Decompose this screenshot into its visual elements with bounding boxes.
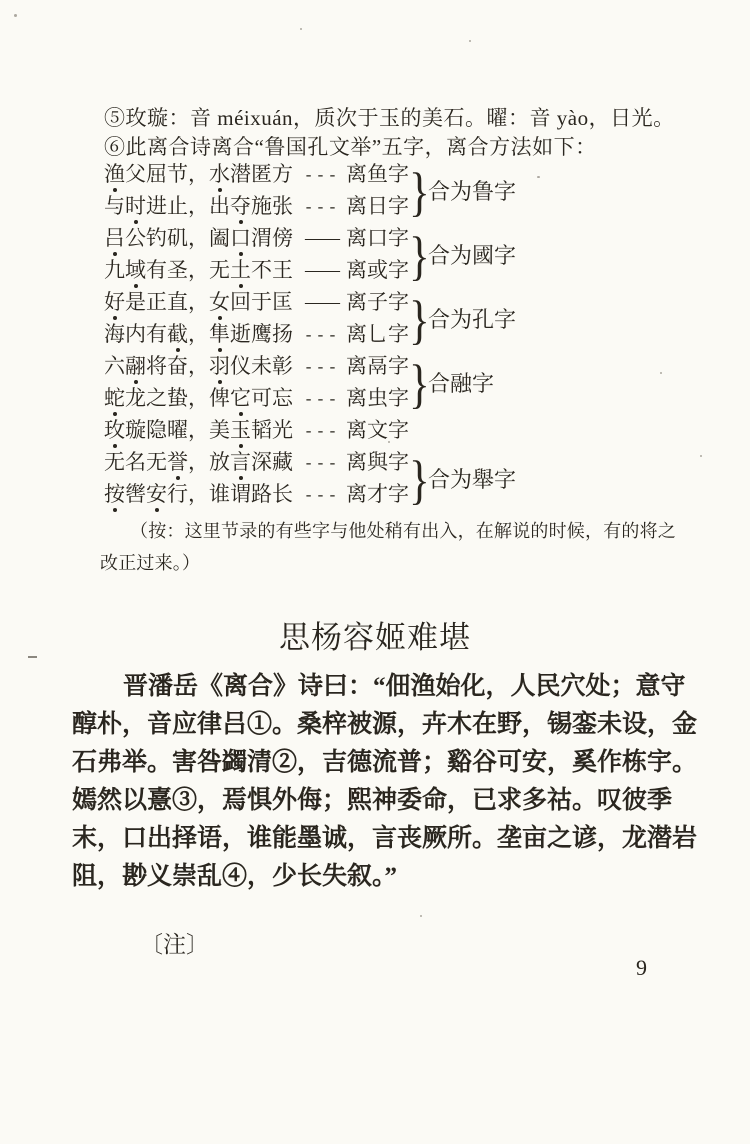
- emphasized-char: 口: [230, 225, 251, 252]
- dash-connector: - - -: [298, 385, 344, 412]
- char: 长: [272, 481, 293, 508]
- group-brace: }: [409, 351, 425, 417]
- emphasized-char: 吕: [104, 225, 125, 252]
- footnote-6: ⑥此离合诗离合“鲁国孔文举”五字，离合方法如下：: [104, 131, 597, 161]
- char: 圣: [167, 257, 188, 284]
- char: 无: [209, 257, 230, 284]
- char: 方: [272, 161, 293, 188]
- emphasized-char: 誉: [167, 449, 188, 476]
- scan-speck: [469, 40, 471, 42]
- emphasized-char: 隼: [209, 321, 230, 348]
- char: 之: [146, 385, 167, 412]
- char: 名: [125, 449, 146, 476]
- emphasized-char: 安: [146, 481, 167, 508]
- dash-connector: - - -: [298, 321, 344, 348]
- char: 奋: [167, 353, 188, 380]
- emphasized-char: 玉: [230, 417, 251, 444]
- page-number: 9: [636, 955, 647, 981]
- split-character-label: 离虫字: [346, 385, 409, 412]
- char: 忘: [272, 385, 293, 412]
- emphasized-char: 好: [104, 289, 125, 316]
- char: ，: [188, 353, 209, 380]
- scan-speck: [14, 14, 17, 17]
- paragraph-line: 嫣然以憙③，焉惧外侮；熙神委命，已求多祜。叹彼季: [72, 782, 712, 820]
- emphasized-char: 夺: [230, 193, 251, 220]
- char: ，: [188, 257, 209, 284]
- emphasized-char: 截: [167, 321, 188, 348]
- verse-text: 九域有圣，无土不王: [104, 257, 293, 284]
- dash-connector: - - -: [298, 353, 344, 380]
- emphasized-char: 翮: [125, 353, 146, 380]
- scan-scratch: [28, 656, 37, 658]
- split-character-label: 离鱼字: [346, 161, 409, 188]
- char: 矶: [167, 225, 188, 252]
- emphasized-char: 土: [230, 257, 251, 284]
- group-brace: }: [409, 159, 425, 225]
- paragraph-line: 石弗举。害咎蠲清②，吉德流普；谿谷可安，奚作栋宇。: [72, 744, 712, 782]
- paragraph-line: 晋潘岳《离合》诗曰：“佃渔始化，人民穴处；意守: [72, 668, 712, 706]
- char: 潜: [230, 161, 251, 188]
- char: 不: [251, 257, 272, 284]
- dash-connector: ——: [298, 225, 344, 252]
- emphasized-char: 它: [230, 385, 251, 412]
- char: ，: [188, 225, 209, 252]
- char: 出: [209, 193, 230, 220]
- dash-connector: - - -: [298, 449, 344, 476]
- scan-speck: [643, 527, 645, 529]
- footnote-5: ⑤玫璇：音 méixuán，质次于玉的美石。曜：音 yào，日光。: [104, 102, 675, 132]
- char: 璇: [125, 417, 146, 444]
- char: 止: [167, 193, 188, 220]
- combined-character-label: 合为國字: [428, 243, 516, 269]
- char: 美: [209, 417, 230, 444]
- char: 仪: [230, 353, 251, 380]
- combined-character-label: 合融字: [428, 371, 494, 397]
- emphasized-char: 域: [125, 257, 146, 284]
- char: 直: [167, 289, 188, 316]
- editor-note-line1: （按：这里节录的有些字与他处稍有出入，在解说的时候，有的将之: [130, 517, 676, 543]
- dash-connector: ——: [298, 257, 344, 284]
- char: 有: [146, 257, 167, 284]
- char: 将: [146, 353, 167, 380]
- char: 逝: [230, 321, 251, 348]
- verse-block: 渔父屈节，水潜匿方- - -离鱼字与时进止，出夺施张- - -离日字吕公钓矶，阖…: [104, 161, 684, 521]
- book-page: ⑤玫璇：音 méixuán，质次于玉的美石。曜：音 yào，日光。 ⑥此离合诗离…: [0, 0, 750, 1144]
- char: 俾: [209, 385, 230, 412]
- char: 阖: [209, 225, 230, 252]
- paragraph-line: 末，口出择语，谁能墨诚，言丧厥所。垄亩之谚，龙潜岩: [72, 820, 712, 858]
- split-character-label: 离才字: [346, 481, 409, 508]
- char: 匡: [272, 289, 293, 316]
- char: 放: [209, 449, 230, 476]
- split-character-label: 离與字: [346, 449, 409, 476]
- emphasized-char: 蛇: [104, 385, 125, 412]
- char: ，: [188, 449, 209, 476]
- char: 正: [146, 289, 167, 316]
- dash-connector: - - -: [298, 417, 344, 444]
- combined-character-label: 合为鲁字: [428, 179, 516, 205]
- char: 父: [125, 161, 146, 188]
- char: 有: [146, 321, 167, 348]
- char: 蛰: [167, 385, 188, 412]
- emphasized-char: 按: [104, 481, 125, 508]
- verse-text: 无名无誉，放言深藏: [104, 449, 293, 476]
- char: 屈: [146, 161, 167, 188]
- verse-text: 吕公钓矶，阖口渭傍: [104, 225, 293, 252]
- char: 深: [251, 449, 272, 476]
- group-brace: }: [409, 447, 425, 513]
- char: 曜: [167, 417, 188, 444]
- scan-speck: [420, 915, 422, 917]
- char: 光: [272, 417, 293, 444]
- emphasized-char: 时: [125, 193, 146, 220]
- char: 于: [251, 289, 272, 316]
- paragraph-line: 阻，尠义崇乱④，少长失叙。”: [72, 858, 712, 896]
- char: 是: [125, 289, 146, 316]
- emphasized-char: 女: [209, 289, 230, 316]
- verse-text: 按辔安行，谁谓路长: [104, 481, 293, 508]
- char: 谓: [230, 481, 251, 508]
- split-character-label: 离口字: [346, 225, 409, 252]
- emphasized-char: 渔: [104, 161, 125, 188]
- scan-speck: [537, 176, 540, 178]
- char: 未: [251, 353, 272, 380]
- char: 傍: [272, 225, 293, 252]
- char: ，: [188, 385, 209, 412]
- split-character-label: 离子字: [346, 289, 409, 316]
- verse-text: 渔父屈节，水潜匿方: [104, 161, 293, 188]
- char: 韬: [251, 417, 272, 444]
- group-brace: }: [409, 223, 425, 289]
- char: 可: [251, 385, 272, 412]
- dash-connector: - - -: [298, 193, 344, 220]
- char: 行: [167, 481, 188, 508]
- char: 彰: [272, 353, 293, 380]
- char: 内: [125, 321, 146, 348]
- paragraph-line: 醇朴，音应律吕①。桑梓被源，卉木在野，锡銮未设，金: [72, 706, 712, 744]
- char: 无: [146, 449, 167, 476]
- char: 渭: [251, 225, 272, 252]
- scan-speck: [300, 28, 302, 30]
- split-character-label: 离鬲字: [346, 353, 409, 380]
- group-brace: }: [409, 287, 425, 353]
- combined-character-label: 合为舉字: [428, 467, 516, 493]
- char: ，: [188, 193, 209, 220]
- char: 与: [104, 193, 125, 220]
- char: 无: [104, 449, 125, 476]
- char: 王: [272, 257, 293, 284]
- char: 鹰: [251, 321, 272, 348]
- char: ，: [188, 417, 209, 444]
- char: 张: [272, 193, 293, 220]
- verse-text: 玫璇隐曜，美玉韬光: [104, 417, 293, 444]
- char: 龙: [125, 385, 146, 412]
- verse-text: 海内有截，隼逝鹰扬: [104, 321, 293, 348]
- char: 进: [146, 193, 167, 220]
- char: 六: [104, 353, 125, 380]
- verse-text: 六翮将奋，羽仪未彰: [104, 353, 293, 380]
- split-character-label: 离日字: [346, 193, 409, 220]
- emphasized-char: 玫: [104, 417, 125, 444]
- combined-character-label: 合为孔字: [428, 307, 516, 333]
- dash-connector: - - -: [298, 481, 344, 508]
- char: 回: [230, 289, 251, 316]
- char: 辔: [125, 481, 146, 508]
- char: 公: [125, 225, 146, 252]
- verse-text: 蛇龙之蛰，俾它可忘: [104, 385, 293, 412]
- char: 钓: [146, 225, 167, 252]
- notes-section-label: 〔注〕: [140, 926, 209, 959]
- dash-connector: ——: [298, 289, 344, 316]
- scan-speck: [660, 372, 662, 374]
- char: 藏: [272, 449, 293, 476]
- emphasized-char: 羽: [209, 353, 230, 380]
- char: ，: [188, 321, 209, 348]
- section-title: 思杨容姬难堪: [0, 612, 750, 657]
- dash-connector: - - -: [298, 161, 344, 188]
- char: 谁: [209, 481, 230, 508]
- char: 海: [104, 321, 125, 348]
- char: 节: [167, 161, 188, 188]
- body-paragraph: 晋潘岳《离合》诗曰：“佃渔始化，人民穴处；意守 醇朴，音应律吕①。桑梓被源，卉木…: [72, 668, 712, 896]
- split-character-label: 离乚字: [346, 321, 409, 348]
- char: ，: [188, 161, 209, 188]
- split-character-label: 离或字: [346, 257, 409, 284]
- char: 隐: [146, 417, 167, 444]
- char: 扬: [272, 321, 293, 348]
- verse-text: 与时进止，出夺施张: [104, 193, 293, 220]
- split-character-label: 离文字: [346, 417, 409, 444]
- emphasized-char: 言: [230, 449, 251, 476]
- char: 路: [251, 481, 272, 508]
- editor-note-line2: 改正过来。）: [100, 549, 200, 575]
- emphasized-char: 水: [209, 161, 230, 188]
- scan-speck: [388, 441, 390, 443]
- char: 施: [251, 193, 272, 220]
- char: 九: [104, 257, 125, 284]
- char: 匿: [251, 161, 272, 188]
- char: ，: [188, 289, 209, 316]
- char: ，: [188, 481, 209, 508]
- scan-speck: [700, 455, 702, 457]
- verse-text: 好是正直，女回于匡: [104, 289, 293, 316]
